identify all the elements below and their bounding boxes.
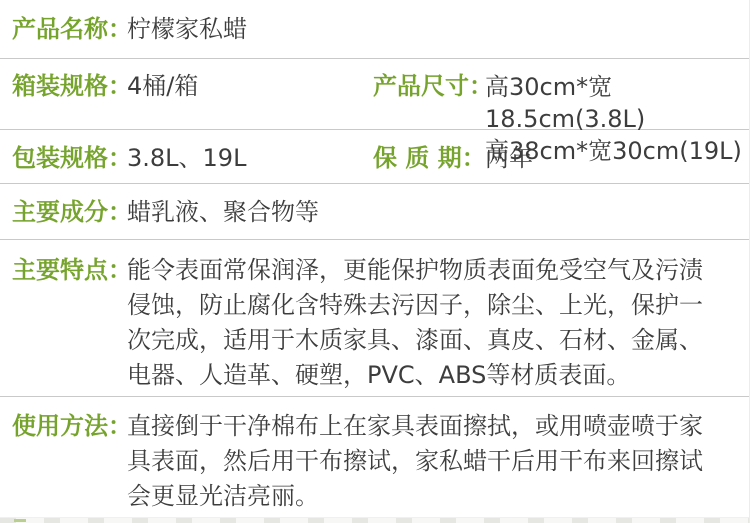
box-spec-value: 4桶/箱 <box>127 71 198 101</box>
usage-instructions-label: 使用方法： <box>12 409 127 444</box>
spec-row-main-ingredients: 主要成分： 蜡乳液、聚合物等 <box>0 184 749 240</box>
spec-row-product-name: 产品名称： 柠檬家私蜡 <box>0 0 749 59</box>
main-features-label: 主要特点： <box>12 253 127 288</box>
product-size-label: 产品尺寸： <box>373 71 485 101</box>
main-ingredients-label: 主要成分： <box>12 197 127 227</box>
spec-row-usage-instructions: 使用方法： 直接倒于干净棉布上在家具表面擦拭，或用喷壶喷于家 具表面，然后用干布… <box>0 397 749 518</box>
product-name-value: 柠檬家私蜡 <box>127 14 247 44</box>
product-spec-table: 产品名称： 柠檬家私蜡 箱装规格： 4桶/箱 产品尺寸： 高30cm*宽18.5… <box>0 0 750 523</box>
product-name-label: 产品名称： <box>12 14 127 44</box>
package-spec-label: 包装规格： <box>12 143 127 173</box>
shelf-life-value: 两年 <box>485 143 533 173</box>
shelf-life-label: 保 质 期： <box>373 143 485 173</box>
shelf-life-cell: 保 质 期： 两年 <box>373 143 749 173</box>
spec-row-box-spec-and-size: 箱装规格： 4桶/箱 产品尺寸： 高30cm*宽18.5cm(3.8L) 高38… <box>0 59 749 130</box>
usage-instructions-value: 直接倒于干净棉布上在家具表面擦拭，或用喷壶喷于家 具表面，然后用干布擦试，家私蜡… <box>127 409 703 514</box>
box-spec-cell: 箱装规格： 4桶/箱 <box>12 71 373 101</box>
package-spec-value: 3.8L、19L <box>127 143 246 173</box>
next-section-cropped-edge <box>0 517 750 523</box>
package-spec-cell: 包装规格： 3.8L、19L <box>12 143 373 173</box>
main-ingredients-value: 蜡乳液、聚合物等 <box>127 197 319 227</box>
main-features-value: 能令表面常保润泽，更能保护物质表面免受空气及污渍 侵蚀，防止腐化含特殊去污因子，… <box>127 253 703 393</box>
cropped-green-label-fragment <box>14 519 26 522</box>
spec-row-main-features: 主要特点： 能令表面常保润泽，更能保护物质表面免受空气及污渍 侵蚀，防止腐化含特… <box>0 240 749 397</box>
box-spec-label: 箱装规格： <box>12 71 127 101</box>
